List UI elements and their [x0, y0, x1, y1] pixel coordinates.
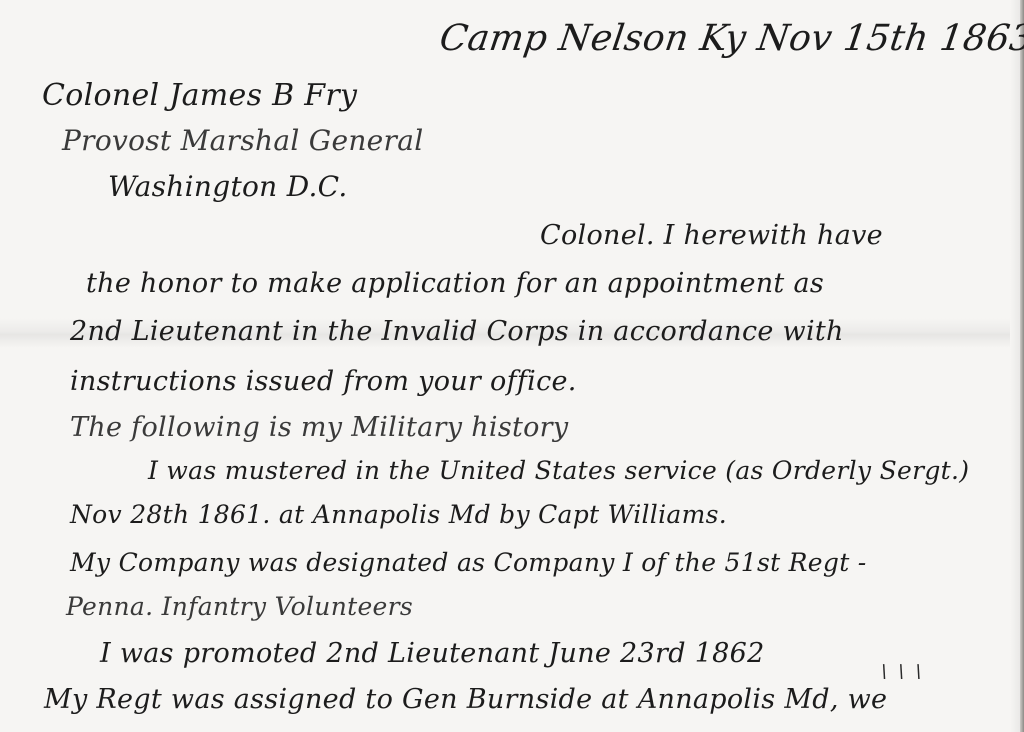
body-line-2: the honor to make application for an app… — [86, 268, 824, 299]
addressee-location: Washington D.C. — [108, 170, 348, 203]
body-line-9: Penna. Infantry Volunteers — [66, 592, 413, 621]
letter-page: Camp Nelson Ky Nov 15th 1863 Colonel Jam… — [0, 0, 1024, 732]
body-line-4: instructions issued from your office. — [70, 366, 577, 397]
body-line-11: My Regt was assigned to Gen Burnside at … — [44, 684, 887, 715]
place-date-heading: Camp Nelson Ky Nov 15th 1863 — [437, 18, 1024, 59]
marginal-marks: ∖ ∖ ∖ — [876, 662, 922, 683]
body-line-3: 2nd Lieutenant in the Invalid Corps in a… — [70, 316, 844, 347]
body-line-7: Nov 28th 1861. at Annapolis Md by Capt W… — [70, 500, 727, 529]
body-line-8: My Company was designated as Company I o… — [70, 548, 867, 577]
body-line-10: I was promoted 2nd Lieutenant June 23rd … — [100, 638, 765, 669]
body-line-1: Colonel. I herewith have — [540, 220, 883, 251]
body-line-5: The following is my Military history — [70, 412, 568, 443]
addressee-name: Colonel James B Fry — [42, 78, 357, 113]
addressee-title: Provost Marshal General — [62, 124, 423, 157]
page-right-edge — [1020, 0, 1024, 732]
page-edge-shadow — [1010, 0, 1020, 732]
body-line-6: I was mustered in the United States serv… — [148, 456, 969, 485]
